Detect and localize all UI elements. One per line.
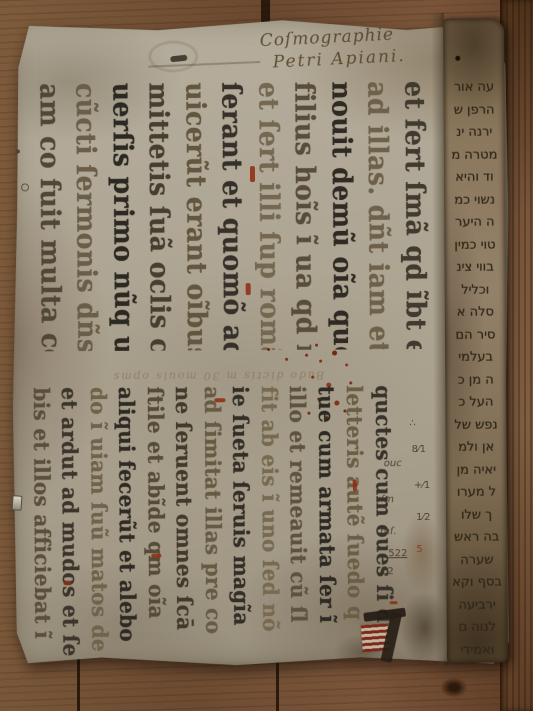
text-line: ouc — [384, 458, 402, 469]
text-line: et ardut ad mudos et ſe — [54, 387, 86, 663]
text-line: וד והיא — [444, 166, 505, 189]
text-line: cũcti ſermonis dñs m — [65, 83, 106, 351]
faint-upside-down-note: Bado dictis m 30 mouis opms — [62, 366, 324, 384]
hebrew-manuscript-strip: עה אורהרפן שירנה ינמטרה מוד והיאנשוי כמה… — [443, 19, 508, 663]
text-line: mittetis ſuã oclis co — [138, 82, 179, 350]
text-line: לנוה ם — [447, 616, 508, 639]
worm-hole — [455, 56, 460, 61]
text-line: et fert ſmã qd ĩbt ea — [393, 81, 433, 349]
text-line: et ſert illi ſup romã — [247, 82, 288, 350]
text-line: בווי צינ — [444, 256, 505, 279]
text-line: ה היער — [444, 211, 505, 234]
rubric-mark — [353, 479, 357, 491]
latin-text-block-upper: et fert ſmã qd ĩbt eaad illas. dñt iam e… — [28, 81, 433, 351]
text-line: ∴ — [409, 418, 415, 429]
rubric-mark — [63, 581, 71, 585]
stitch-hole — [16, 149, 20, 153]
text-line: ואמידי — [447, 639, 508, 662]
text-line: mſ. — [380, 526, 397, 537]
stitch-hole-ring — [21, 183, 29, 191]
text-line: do ĩ uiam ſuũ matos de — [83, 387, 115, 663]
photo-manuscript-bound-book: Coſmographie Petri Apiani. et fert ſmã q… — [0, 0, 533, 711]
text-line: +⁄1 — [414, 480, 430, 491]
gothic-text-columns-lower: quctes cum oues ſi dletteris autẽ ſuedo … — [25, 385, 399, 663]
rubric-mark — [250, 166, 255, 182]
text-line: ∠2 — [378, 566, 393, 577]
text-line: ך שלו — [446, 504, 507, 527]
text-line: ad ſimitat illas pre co — [197, 386, 229, 662]
text-line: tue cum armata ſer ĩ — [311, 386, 343, 662]
text-line: נשוי כמ — [444, 189, 505, 212]
hebrew-text-lines: עה אורהרפן שירנה ינמטרה מוד והיאנשוי כמה… — [443, 76, 508, 661]
rubric-mark — [214, 398, 225, 402]
text-line: ירנה ינ — [444, 121, 505, 144]
text-line: ie ſueta ſeruis magĩa — [225, 386, 257, 662]
text-line: מטרה מ — [444, 144, 505, 167]
text-line: ıſm — [378, 494, 394, 505]
text-line: fit ab eis ĩ uno ſed nõ — [254, 386, 286, 662]
rubric-mark — [151, 554, 161, 558]
metal-staple — [12, 495, 23, 511]
text-line: uerſis primo nũq ue — [101, 83, 142, 351]
red-ink-specks — [305, 354, 308, 357]
text-line: ה מן כ — [445, 369, 506, 392]
text-line: uicerũt erant oĩbus — [174, 82, 215, 350]
text-line: בעלמי — [445, 346, 506, 369]
text-line: נפש של — [445, 414, 506, 437]
text-line: יאיה מן — [446, 459, 507, 482]
text-line: הרפן ש — [444, 99, 505, 122]
text-line: ſtile et abĩde qm oĩa — [140, 387, 172, 663]
text-line: אן ולמ — [446, 436, 507, 459]
rubric-mark — [390, 601, 398, 604]
gothic-text-columns-upper: et fert ſmã qd ĩbt eaad illas. dñt iam e… — [28, 81, 433, 351]
text-line: סלה א — [445, 301, 506, 324]
text-line: סיר הם — [445, 324, 506, 347]
text-line: bis et illos afficiebat ĩ — [26, 387, 58, 663]
text-line: בה ראש — [446, 526, 507, 549]
latin-text-block-lower: quctes cum oues ſi dletteris autẽ ſuedo … — [25, 385, 399, 663]
text-line: ſerant et quomõ ad — [211, 82, 252, 350]
text-line: ne ſeruent omnes ſcā — [168, 386, 200, 662]
text-line: ירביעה — [447, 594, 508, 617]
text-line: שערה — [446, 549, 507, 572]
text-line: ל מערו — [446, 481, 507, 504]
rubric-mark — [246, 283, 251, 295]
text-line: וכליל — [445, 279, 506, 302]
text-line: ad illas. dñt iam et f — [357, 81, 398, 349]
text-line: am co fuit multa cõ — [28, 83, 69, 351]
text-line: העל כ — [445, 391, 506, 414]
text-line: nouit demũ oĩa que — [320, 81, 361, 349]
text-line: 8⁄1 — [412, 444, 426, 455]
text-line: illo et remeauit cũ ſl — [282, 386, 314, 662]
text-line: בסף וקא — [446, 571, 507, 594]
wood-knot — [441, 678, 467, 697]
vellum-bound-book: Coſmographie Petri Apiani. et fert ſmã q… — [8, 12, 511, 668]
text-line: aliqui fecerũt et alebo — [111, 387, 143, 663]
text-line: filius hoĩs ĩ ua qd rẽ — [284, 82, 325, 350]
text-line: עה אור — [443, 76, 504, 99]
text-line: טוי כמין — [444, 234, 505, 257]
